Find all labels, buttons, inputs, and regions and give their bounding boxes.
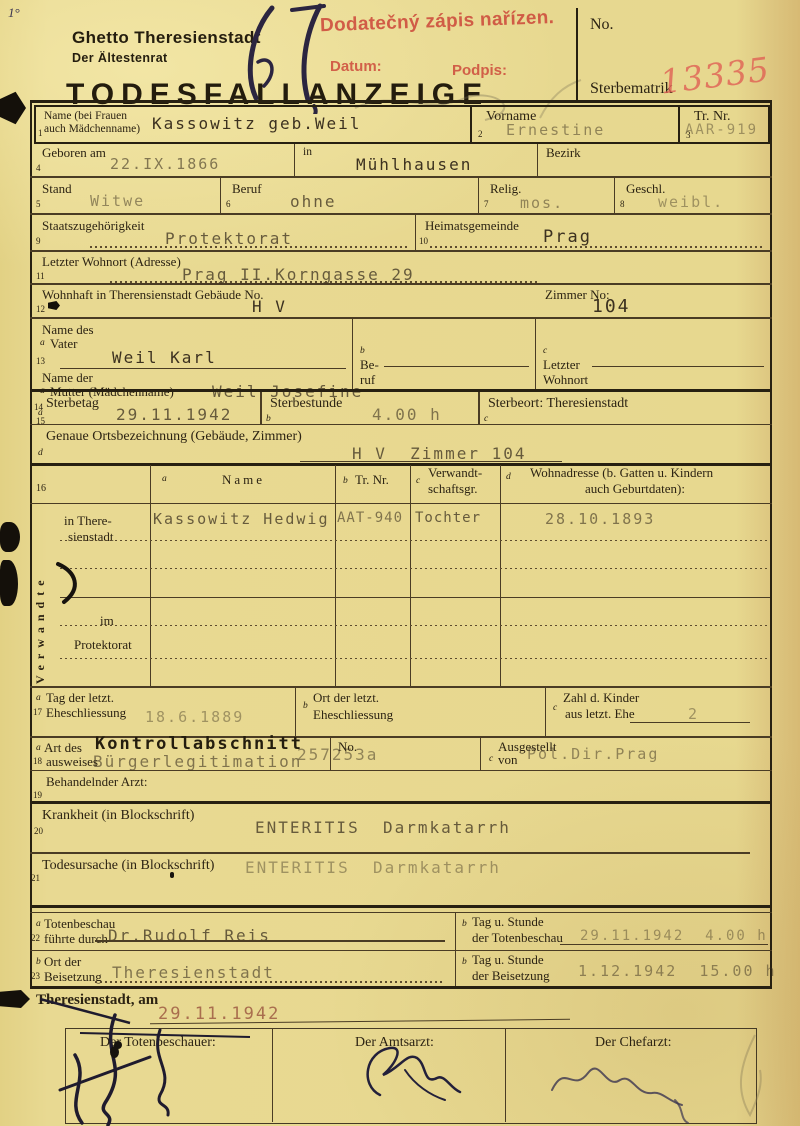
sterbetag-label: Sterbetag: [46, 396, 99, 412]
reltable-header-rule: [30, 503, 772, 504]
reltable-col-trnr: Tr. Nr.: [355, 473, 389, 488]
reltable-field-number: 16: [36, 483, 46, 494]
vater-fill-line: [60, 368, 346, 369]
eltern-beruf-line: [384, 366, 529, 367]
group-theresienstadt-line2: sienstadt: [68, 530, 114, 545]
form-left-border: [30, 100, 32, 988]
totenbeschau-zeit-label1: Tag u. Stunde: [472, 915, 544, 930]
row6-bottom-rule: [30, 317, 772, 319]
reltable-col-d-sub: d: [506, 472, 511, 482]
beisetzung-ort-sub: b: [36, 957, 41, 967]
eltern-beruf-label2: ruf: [360, 373, 375, 388]
ehe-tag-label2: Eheschliessung: [46, 706, 126, 721]
row4-divider: [415, 215, 416, 251]
sterbestunde-value: 4.00 h: [372, 405, 442, 424]
ausweis-no-value: 257253a: [297, 745, 378, 764]
ehe-ort-sub: b: [303, 701, 308, 711]
name-row-box: [34, 105, 770, 144]
row22-top-rule: [30, 912, 772, 913]
sterbe-mid-rule: [30, 424, 772, 425]
relative-geburtsdatum: 28.10.1893: [545, 510, 655, 528]
eltern-beruf-sub: b: [360, 346, 365, 356]
beisetzung-ort-line: [95, 981, 445, 983]
vater-field-number: 13: [36, 356, 45, 366]
ausgestellt-value: Pol.Dir.Prag: [527, 745, 659, 763]
ehe-tag-number: 17: [33, 707, 42, 717]
eltern-wohnort-line: [592, 366, 764, 367]
todesursache-number: 21: [31, 873, 40, 883]
zimmer-value: 104: [592, 296, 631, 317]
reltable-bottom-rule: [30, 686, 772, 688]
geschl-field-number: 8: [620, 199, 625, 209]
beisetzung-zeit-label2: der Beisetzung: [472, 969, 550, 984]
corner-mark: 1°: [8, 6, 20, 21]
parents-divider2: [535, 319, 536, 389]
ausgestellt-label2: von: [498, 753, 518, 768]
sterbe-divider1: [260, 392, 262, 424]
name-row-divider1: [470, 105, 472, 144]
ortsbezeichnung-sub: d: [38, 448, 43, 458]
name-row-divider2: [678, 105, 680, 144]
ink-dot-footer: [110, 1046, 119, 1058]
reltable-col4-rule: [500, 465, 501, 686]
beruf-field-number: 6: [226, 199, 231, 209]
kinder-label2: aus letzt. Ehe: [565, 707, 635, 722]
amtsarzt-signature: [345, 1040, 475, 1115]
death-notice-form: 1° Ghetto Theresienstadt Der Ältestenrat…: [0, 0, 800, 1126]
row2-divider1: [294, 144, 295, 177]
krankheit-label: Krankheit (in Blockschrift): [42, 808, 194, 824]
sterbestunde-sub: b: [266, 414, 271, 424]
ehe-tag-value: 18.6.1889: [145, 708, 244, 726]
totenbeschauer-signature: [20, 985, 320, 1126]
relig-field-number: 7: [484, 199, 489, 209]
vorname-field-number: 2: [478, 129, 483, 139]
row22-bottom-rule: [30, 950, 772, 951]
sterbeort-label: Sterbeort: Theresienstadt: [488, 396, 628, 412]
reltable-group-rule: [60, 597, 770, 598]
reltable-dotline1: [60, 540, 770, 541]
row4-bottom-rule: [30, 250, 772, 252]
row3-bottom-rule: [30, 213, 772, 215]
group-protektorat-line1: im: [100, 614, 114, 629]
kinder-fill-line: [630, 722, 750, 723]
name-field-number: 1: [38, 128, 43, 138]
group-protektorat-line2: Protektorat: [74, 638, 132, 653]
name-label-line1: Name (bei Frauen: [44, 110, 127, 123]
totenbeschau-strike-line: [95, 940, 445, 942]
ehe-tag-label1: Tag der letzt.: [46, 691, 114, 706]
reltable-col-wohn1: Wohnadresse (b. Gatten u. Kindern: [530, 466, 713, 481]
name-label-line2: auch Mädchenname): [44, 123, 140, 136]
vater-label-line2: Vater: [50, 337, 77, 352]
form-right-border: [770, 100, 772, 988]
wohnort-fill-line: [110, 281, 540, 283]
reltable-col-verw2: schaftsgr.: [428, 482, 477, 497]
stand-value: Witwe: [90, 192, 145, 210]
row2-bottom-rule: [30, 176, 772, 178]
totenbeschau-zeit-label2: der Totenbeschau: [472, 931, 563, 946]
todesursache-value: ENTERITIS Darmkatarrh: [245, 858, 501, 877]
reltable-dotline3: [60, 625, 770, 626]
eltern-beruf-label1: Be-: [360, 358, 379, 373]
reltable-col-a-sub: a: [162, 474, 167, 484]
beisetzung-zeit-value: 1.12.1942 15.00 h: [578, 962, 777, 980]
wohnort-field-number: 11: [36, 271, 45, 281]
beisetzung-ort-number: 23: [31, 971, 40, 981]
beisetzung-ort-label1: Ort der: [44, 955, 81, 970]
totenbeschau-value: Dr.Rudolf Reis: [108, 926, 271, 945]
pencil-mark-bottom-right: [715, 1030, 775, 1120]
staat-fill-line: [90, 246, 408, 248]
ehe-ort-label1: Ort der letzt.: [313, 691, 379, 706]
totenbeschau-zeit-line: [560, 944, 768, 945]
totenbeschau-sub: a: [36, 919, 41, 929]
ausgestellt-sub: c: [489, 754, 493, 764]
reltable-col1-rule: [150, 465, 151, 686]
reltable-dotline4: [60, 658, 770, 659]
krankheit-value: ENTERITIS Darmkatarrh: [255, 818, 511, 837]
heimat-value: Prag: [543, 227, 592, 247]
krankheit-number: 20: [34, 826, 43, 836]
wohnort-label: Letzter Wohnort (Adresse): [42, 255, 181, 270]
krankheit-mid-rule: [30, 852, 750, 854]
name-value: Kassowitz geb.Weil: [152, 114, 361, 133]
ausweis-label2: ausweises: [46, 755, 98, 770]
trnr-value: AAR-919: [685, 122, 758, 138]
eltern-wohnort-sub: c: [543, 346, 547, 356]
heimat-field-number: 10: [419, 236, 428, 246]
reltable-col-verw1: Verwandt-: [428, 466, 482, 481]
group-theresienstadt-line1: in There-: [64, 514, 112, 529]
arzt-label: Behandelnder Arzt:: [46, 775, 147, 790]
beruf-label: Beruf: [232, 182, 262, 197]
heimat-label: Heimatsgemeinde: [425, 219, 519, 234]
arzt-number: 19: [33, 790, 42, 800]
totenbeschau-zeit-value: 29.11.1942 4.00 h: [580, 928, 768, 944]
ehe-tag-sub: a: [36, 693, 41, 703]
ortsbezeichnung-label: Genaue Ortsbezeichnung (Gebäude, Zimmer): [46, 429, 302, 445]
sterbe-top-border: [30, 389, 772, 392]
vater-value: Weil Karl: [112, 348, 217, 367]
totenbeschau-number: 22: [31, 933, 40, 943]
header-divider-rule: [576, 8, 578, 101]
beisetzung-ort-label2: Beisetzung: [44, 970, 102, 985]
left-edge-ink-blob-mid1: [0, 522, 20, 552]
row3-divider2: [478, 178, 479, 214]
reltable-col-b-sub: b: [343, 476, 348, 486]
eltern-wohnort-label2: Wohnort: [543, 373, 588, 388]
left-edge-ink-blob-mid2: [0, 560, 18, 606]
geschl-value: weibl.: [658, 193, 724, 211]
row18-divider2: [480, 737, 481, 771]
beisetzung-zeit-sub: b: [462, 957, 467, 967]
sterbetag-value: 29.11.1942: [116, 405, 232, 424]
relig-label: Relig.: [490, 182, 521, 197]
row3-divider1: [220, 178, 221, 214]
krankheit-bottom-border: [30, 905, 772, 908]
relative-name: Kassowitz Hedwig: [153, 510, 330, 528]
geboren-label: Geboren am: [42, 146, 106, 161]
wohnhaft-value: H V: [252, 297, 287, 316]
kinder-value: 2: [688, 705, 699, 723]
ausweis-number: 18: [33, 756, 42, 766]
todesursache-label: Todesursache (in Blockschrift): [42, 858, 214, 874]
geboren-field-number: 4: [36, 163, 41, 173]
relative-verwandtschaft: Tochter: [415, 510, 481, 526]
row17-divider1: [295, 688, 296, 737]
sterbeort-sub: c: [484, 414, 488, 424]
left-edge-ink-blob-top: [0, 90, 26, 126]
row17-divider2: [545, 688, 546, 737]
no-label: No.: [590, 16, 614, 34]
stand-field-number: 5: [36, 199, 41, 209]
staat-field-number: 9: [36, 236, 41, 246]
reltable-col-c-sub: c: [416, 476, 420, 486]
relig-value: mos.: [520, 194, 564, 212]
kinder-sub: c: [553, 703, 557, 713]
beisetzung-zeit-label1: Tag u. Stunde: [472, 953, 544, 968]
ausweis-value: Bürgerlegitimation: [93, 752, 302, 771]
krankheit-top-border: [30, 801, 772, 804]
signature-divider2: [505, 1028, 506, 1122]
reltable-col-wohn2: auch Geburtdaten):: [585, 482, 685, 497]
staat-label: Staatszugehörigkeit: [42, 219, 145, 234]
org-name-line2: Der Ältestenrat: [72, 51, 168, 65]
totenbeschau-zeit-sub: b: [462, 919, 467, 929]
row2-divider2: [537, 144, 538, 177]
ink-hook-mark: [52, 560, 88, 606]
parents-divider1: [352, 319, 353, 389]
verwandte-side-label: Verwandte: [34, 542, 47, 684]
reltable-dotline2: [60, 568, 770, 569]
sterbestunde-label: Sterbestunde: [270, 396, 342, 412]
ausweis-sub: a: [36, 743, 41, 753]
kinder-label1: Zahl d. Kinder: [563, 691, 639, 706]
chefarzt-signature: [540, 1045, 700, 1125]
heimat-fill-line: [430, 246, 765, 248]
row3-divider3: [614, 178, 615, 214]
vorname-value: Ernestine: [506, 121, 605, 139]
eltern-wohnort-label1: Letzter: [543, 358, 580, 373]
ink-dot-mark: [170, 872, 174, 878]
sterbe-divider2: [478, 392, 480, 424]
reltable-col3-rule: [410, 465, 411, 686]
ehe-ort-label2: Eheschliessung: [313, 708, 393, 723]
stand-label: Stand: [42, 182, 72, 197]
beisetzung-ort-value: Theresienstadt: [112, 963, 275, 982]
geboren-in-label: in: [303, 146, 312, 159]
reltable-col-name: Name: [222, 473, 265, 488]
vater-sub: a: [40, 338, 45, 348]
sterbematrik-number-handwritten: 13335: [658, 49, 772, 101]
bezirk-label: Bezirk: [546, 146, 581, 161]
wohnhaft-label: Wohnhaft in Therensienstadt Gebäude No.: [42, 288, 263, 303]
ausweis-stamped-value: Kontrollabschnitt: [95, 734, 303, 754]
form-top-border: [30, 100, 772, 103]
geboren-in-value: Mühlhausen: [356, 155, 472, 174]
relative-trnr: AAT-940: [337, 510, 403, 526]
ortsbezeichnung-fill-line: [300, 461, 562, 462]
totenbeschau-label1: Totenbeschau: [44, 917, 115, 932]
wohnhaft-field-number: 12: [36, 304, 45, 314]
beruf-value: ohne: [290, 192, 337, 211]
reltable-col2-rule: [335, 465, 336, 686]
geboren-value: 22.IX.1866: [110, 155, 220, 173]
